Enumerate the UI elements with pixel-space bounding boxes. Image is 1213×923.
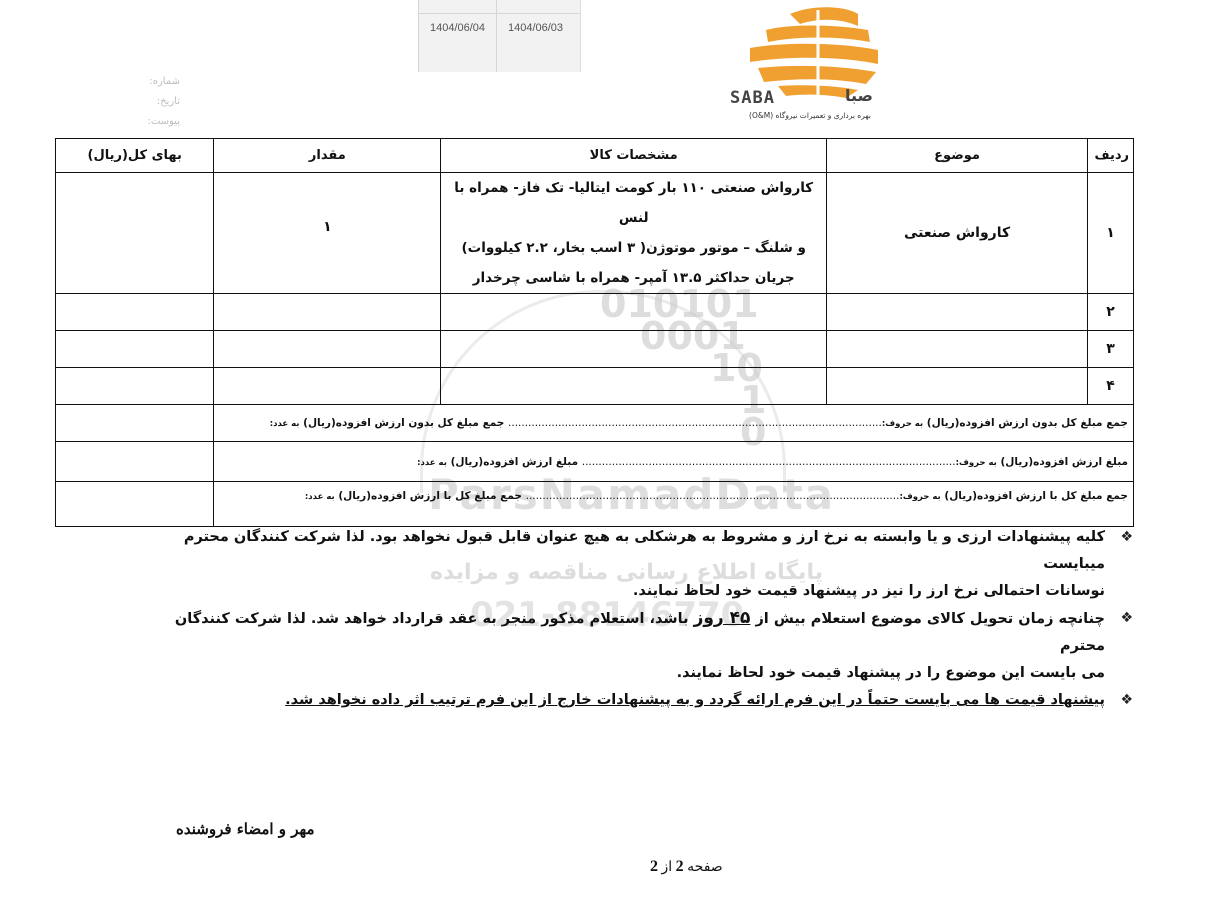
words-label: جمع مبلغ کل بدون ارزش افزوده(ریال) [927, 417, 1128, 429]
words-label: مبلغ ارزش افزوده(ریال) [1001, 456, 1129, 468]
cell-spec[interactable] [441, 331, 827, 368]
number-suffix: به عدد: [305, 492, 335, 502]
note-currency: ❖ کلیه پیشنهادات ارزی و یا وابسته به نرخ… [153, 524, 1133, 605]
total-without-vat-value[interactable] [56, 405, 214, 442]
page-prefix: صفحه [687, 860, 723, 875]
page-total: 2 [650, 858, 658, 875]
logo-subtitle: بهره برداری و تعمیرات نیروگاه (O&M) [728, 111, 892, 120]
bullet-icon: ❖ [1120, 687, 1133, 714]
table-row: ۱ کارواش صنعتی کارواش صنعتی ۱۱۰ بار کومت… [56, 173, 1134, 294]
number-label: مبلغ ارزش افزوده(ریال) [451, 456, 579, 468]
cell-total[interactable] [56, 331, 214, 368]
page-current: 2 [676, 858, 684, 875]
spec-line: و شلنگ – موتور موتوژن( ۳ اسب بخار، ۲.۲ ک… [441, 233, 826, 263]
vat-row: مبلغ ارزش افزوده(ریال) به حروف:.........… [56, 442, 1134, 482]
bullet-icon: ❖ [1120, 524, 1133, 551]
table-header-row: ردیف موضوع مشخصات کالا مقدار بهای کل(ریا… [56, 139, 1134, 173]
cell-total[interactable] [56, 294, 214, 331]
note-text: چنانچه زمان تحویل کالای موضوع استعلام بی… [153, 605, 1105, 660]
cell-total[interactable] [56, 173, 214, 294]
delivery-days: ۴۵ روز [694, 608, 751, 628]
cell-radif: ۱ [1088, 173, 1134, 294]
cell-radif: ۳ [1088, 331, 1134, 368]
cell-spec[interactable] [441, 294, 827, 331]
table-row: ۲ [56, 294, 1134, 331]
total-with-vat-label: جمع مبلغ کل با ارزش افزوده(ریال) به حروف… [214, 482, 1134, 527]
cell-radif: ۲ [1088, 294, 1134, 331]
words-dots[interactable]: ........................................… [526, 490, 900, 502]
note-text: می بایست این موضوع را در پیشنهاد قیمت خو… [153, 660, 1105, 687]
date-cell: 1404/06/03 [496, 0, 574, 72]
table-row: ۴ [56, 368, 1134, 405]
spec-line: جریان حداکثر ۱۳.۵ آمپر- همراه با شاسی چر… [441, 263, 826, 293]
cell-spec[interactable] [441, 368, 827, 405]
note-text: پیشنهاد قیمت ها می بایست حتماً در این فر… [153, 687, 1105, 714]
number-label: شماره: [60, 72, 180, 92]
note-delivery: ❖ چنانچه زمان تحویل کالای موضوع استعلام … [153, 605, 1133, 687]
page-number: صفحه 2 از 2 [650, 858, 723, 876]
attachment-label: پیوست: [60, 112, 180, 132]
words-suffix: به حروف: [882, 419, 923, 429]
vat-value[interactable] [56, 442, 214, 482]
header-radif: ردیف [1088, 139, 1134, 173]
number-suffix: به عدد: [270, 419, 300, 429]
number-label: جمع مبلغ کل با ارزش افزوده(ریال) [338, 490, 522, 502]
header-qty: مقدار [214, 139, 441, 173]
words-label: جمع مبلغ کل با ارزش افزوده(ریال) [944, 490, 1128, 502]
spec-line: کارواش صنعتی ۱۱۰ بار کومت ایتالیا- تک فا… [441, 173, 826, 233]
note-text: کلیه پیشنهادات ارزی و یا وابسته به نرخ ا… [153, 524, 1105, 578]
words-dots[interactable]: ........................................… [582, 456, 956, 468]
cell-subject: کارواش صنعتی [827, 173, 1088, 294]
items-table: ردیف موضوع مشخصات کالا مقدار بهای کل(ریا… [55, 138, 1134, 527]
words-dots[interactable]: ........................................… [508, 417, 882, 429]
cell-subject[interactable] [827, 331, 1088, 368]
number-label: جمع مبلغ کل بدون ارزش افزوده(ریال) [303, 417, 504, 429]
total-row-with-vat: جمع مبلغ کل با ارزش افزوده(ریال) به حروف… [56, 482, 1134, 527]
cell-spec: کارواش صنعتی ۱۱۰ بار کومت ایتالیا- تک فا… [441, 173, 827, 294]
header-meta: شماره: تاریخ: پیوست: [60, 72, 180, 132]
date-cell: 1404/06/04 [418, 0, 496, 72]
cell-qty: ۱ [214, 173, 441, 294]
total-with-vat-value[interactable] [56, 482, 214, 527]
total-without-vat-label: جمع مبلغ کل بدون ارزش افزوده(ریال) به حر… [214, 405, 1134, 442]
logo-latin: SABA [730, 88, 775, 108]
date-strip: 1404/06/04 1404/06/03 [418, 0, 581, 72]
number-suffix: به عدد: [417, 458, 447, 468]
words-suffix: به حروف: [956, 458, 997, 468]
date-label: تاریخ: [60, 92, 180, 112]
cell-total[interactable] [56, 368, 214, 405]
cell-qty[interactable] [214, 368, 441, 405]
logo-persian: صبا [845, 86, 873, 105]
header-subject: موضوع [827, 139, 1088, 173]
seller-seal-label: مهر و امضاء فروشنده [176, 820, 315, 838]
note-text-part: چنانچه زمان تحویل کالای موضوع استعلام بی… [750, 611, 1105, 627]
note-form: ❖ پیشنهاد قیمت ها می بایست حتماً در این … [153, 687, 1133, 714]
bullet-icon: ❖ [1120, 605, 1133, 632]
page-sep: از [662, 860, 673, 875]
header-spec: مشخصات کالا [441, 139, 827, 173]
cell-qty[interactable] [214, 331, 441, 368]
notes-list: ❖ کلیه پیشنهادات ارزی و یا وابسته به نرخ… [153, 524, 1133, 714]
header-total: بهای کل(ریال) [56, 139, 214, 173]
words-suffix: به حروف: [899, 492, 940, 502]
table-row: ۳ [56, 331, 1134, 368]
cell-qty[interactable] [214, 294, 441, 331]
vat-label: مبلغ ارزش افزوده(ریال) به حروف:.........… [214, 442, 1134, 482]
note-text: نوسانات احتمالی نرخ ارز را نیز در پیشنها… [153, 578, 1105, 605]
total-row-without-vat: جمع مبلغ کل بدون ارزش افزوده(ریال) به حر… [56, 405, 1134, 442]
cell-radif: ۴ [1088, 368, 1134, 405]
cell-subject[interactable] [827, 368, 1088, 405]
cell-subject[interactable] [827, 294, 1088, 331]
